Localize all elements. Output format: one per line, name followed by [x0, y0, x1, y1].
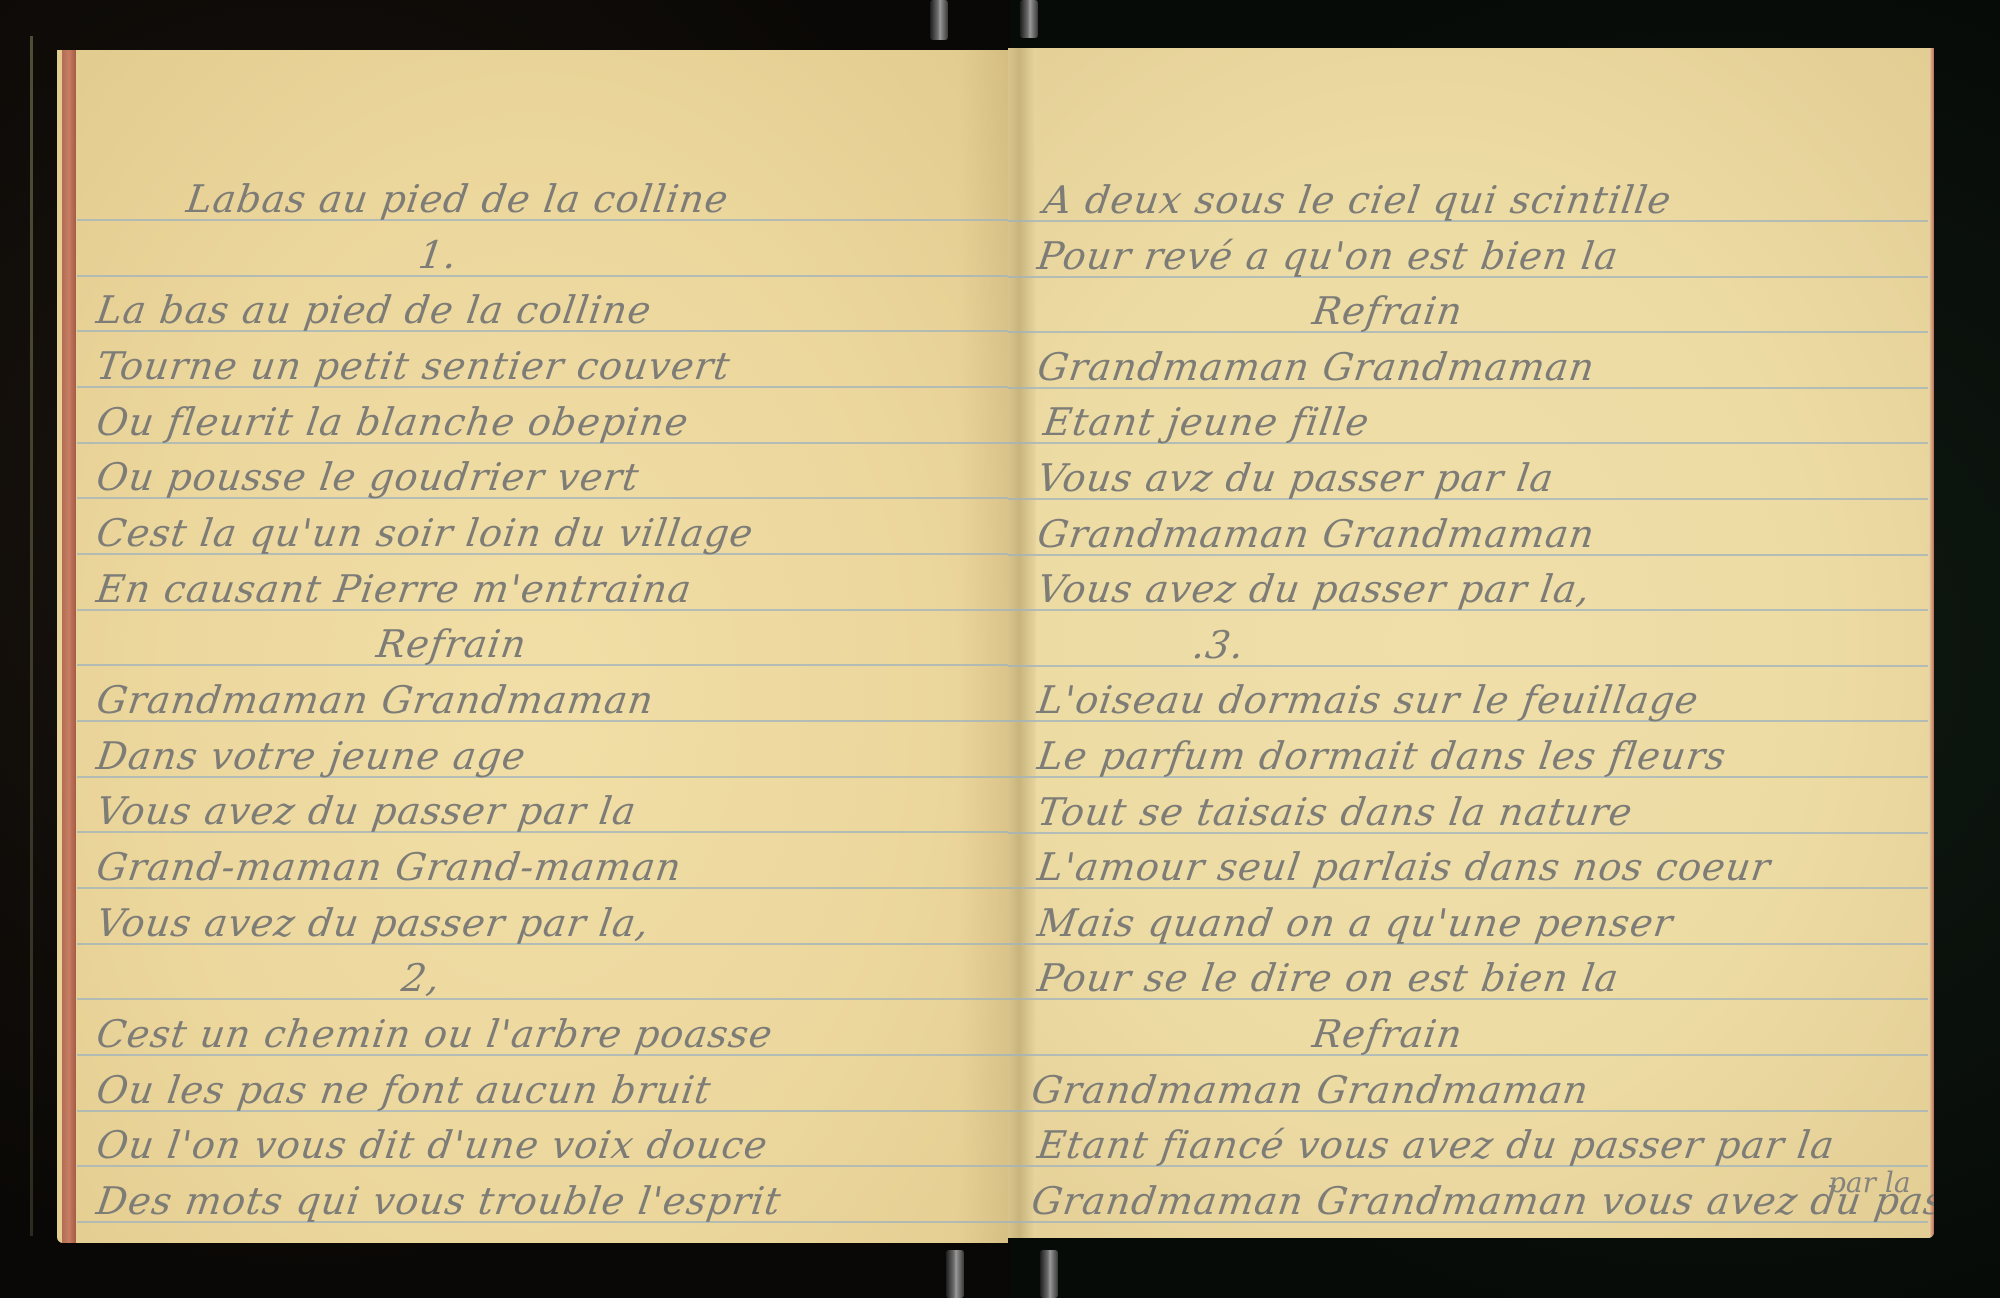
spine-gutter	[1008, 48, 1036, 1238]
lyric-line: Pour se le dire on est bien la	[1035, 958, 1621, 998]
ruled-line	[1008, 665, 1928, 667]
lyric-line: Etant fiancé vous avez du passer par la	[1035, 1125, 1837, 1165]
lyric-line: L'amour seul parlais dans nos coeur	[1035, 847, 1773, 887]
lyric-line: Grandmaman Grandmaman	[1035, 347, 1597, 387]
lyric-line: Tout se taisais dans la nature	[1035, 792, 1635, 832]
song-title: Labas au pied de la colline	[184, 179, 731, 219]
ruled-line	[1008, 331, 1928, 333]
lyric-line: A deux sous le ciel qui scintille	[1041, 180, 1674, 220]
left-page: Labas au pied de la colline 1. La bas au…	[57, 50, 1008, 1243]
lyric-line: Tourne un petit sentier couvert	[94, 346, 733, 386]
verse-number: 2,	[399, 958, 443, 998]
lyric-line: Grandmaman Grandmaman	[1029, 1070, 1591, 1110]
lyric-line: Grandmaman Grandmaman vous avez du passe…	[1029, 1181, 1934, 1221]
inserted-words: par la	[1828, 1166, 1911, 1199]
lyric-line: Grandmaman Grandmaman	[94, 680, 656, 720]
refrain-heading: Refrain	[374, 624, 529, 664]
lyric-line: Ou pousse le goudrier vert	[94, 457, 642, 497]
binding-clamp-top-left	[930, 0, 948, 40]
lyric-line: Ou les pas ne font aucun bruit	[94, 1070, 714, 1110]
cover-edge-highlight	[30, 36, 33, 1236]
lyric-line: Mais quand on a qu'une penser	[1035, 903, 1676, 943]
page-edge-red	[1929, 48, 1934, 1238]
refrain-heading: Refrain	[1310, 291, 1465, 331]
lyric-line: Dans votre jeune age	[94, 736, 528, 776]
lyric-line: Le parfum dormait dans les fleurs	[1035, 736, 1729, 776]
binding-clamp-top-right	[1020, 0, 1038, 38]
lyric-line: En causant Pierre m'entraina	[94, 569, 694, 609]
lyric-line: Vous avez du passer par la,	[1035, 569, 1593, 609]
verse-number: 1.	[416, 235, 460, 275]
lyric-line: Vous avez du passer par la	[94, 791, 639, 831]
lyric-line: La bas au pied de la colline	[94, 290, 654, 330]
ruled-line	[1008, 1054, 1928, 1056]
lyric-line: Vous avez du passer par la,	[94, 903, 652, 943]
lyric-line: Des mots qui vous trouble l'esprit	[94, 1181, 784, 1221]
lyric-line: Ou l'on vous dit d'une voix douce	[94, 1125, 770, 1165]
ruled-line	[77, 664, 1008, 666]
ruled-line	[77, 998, 1008, 1000]
lyric-line: Vous avz du passer par la	[1035, 458, 1556, 498]
verse-number: .3.	[1190, 625, 1247, 665]
refrain-heading: Refrain	[1310, 1014, 1465, 1054]
right-page: A deux sous le ciel qui scintille Pour r…	[1008, 48, 1934, 1238]
lyric-line: Pour revé a qu'on est bien la	[1035, 236, 1621, 276]
binding-clamp-bottom-right	[1040, 1250, 1058, 1298]
lyric-line: Cest un chemin ou l'arbre poasse	[94, 1014, 775, 1054]
lyric-line: Cest la qu'un soir loin du village	[94, 513, 756, 553]
ruled-line	[77, 275, 1008, 277]
lyric-line: Grandmaman Grandmaman	[1035, 514, 1597, 554]
lyric-line: Etant jeune fille	[1041, 402, 1372, 442]
binding-clamp-bottom-left	[946, 1250, 964, 1298]
lyric-line: L'oiseau dormais sur le feuillage	[1035, 680, 1701, 720]
lyric-line: Ou fleurit la blanche obepine	[94, 402, 691, 442]
lyric-line: Grand-maman Grand-maman	[94, 847, 684, 887]
page-edge-red	[62, 50, 76, 1243]
spine-shadow	[958, 50, 1008, 1243]
